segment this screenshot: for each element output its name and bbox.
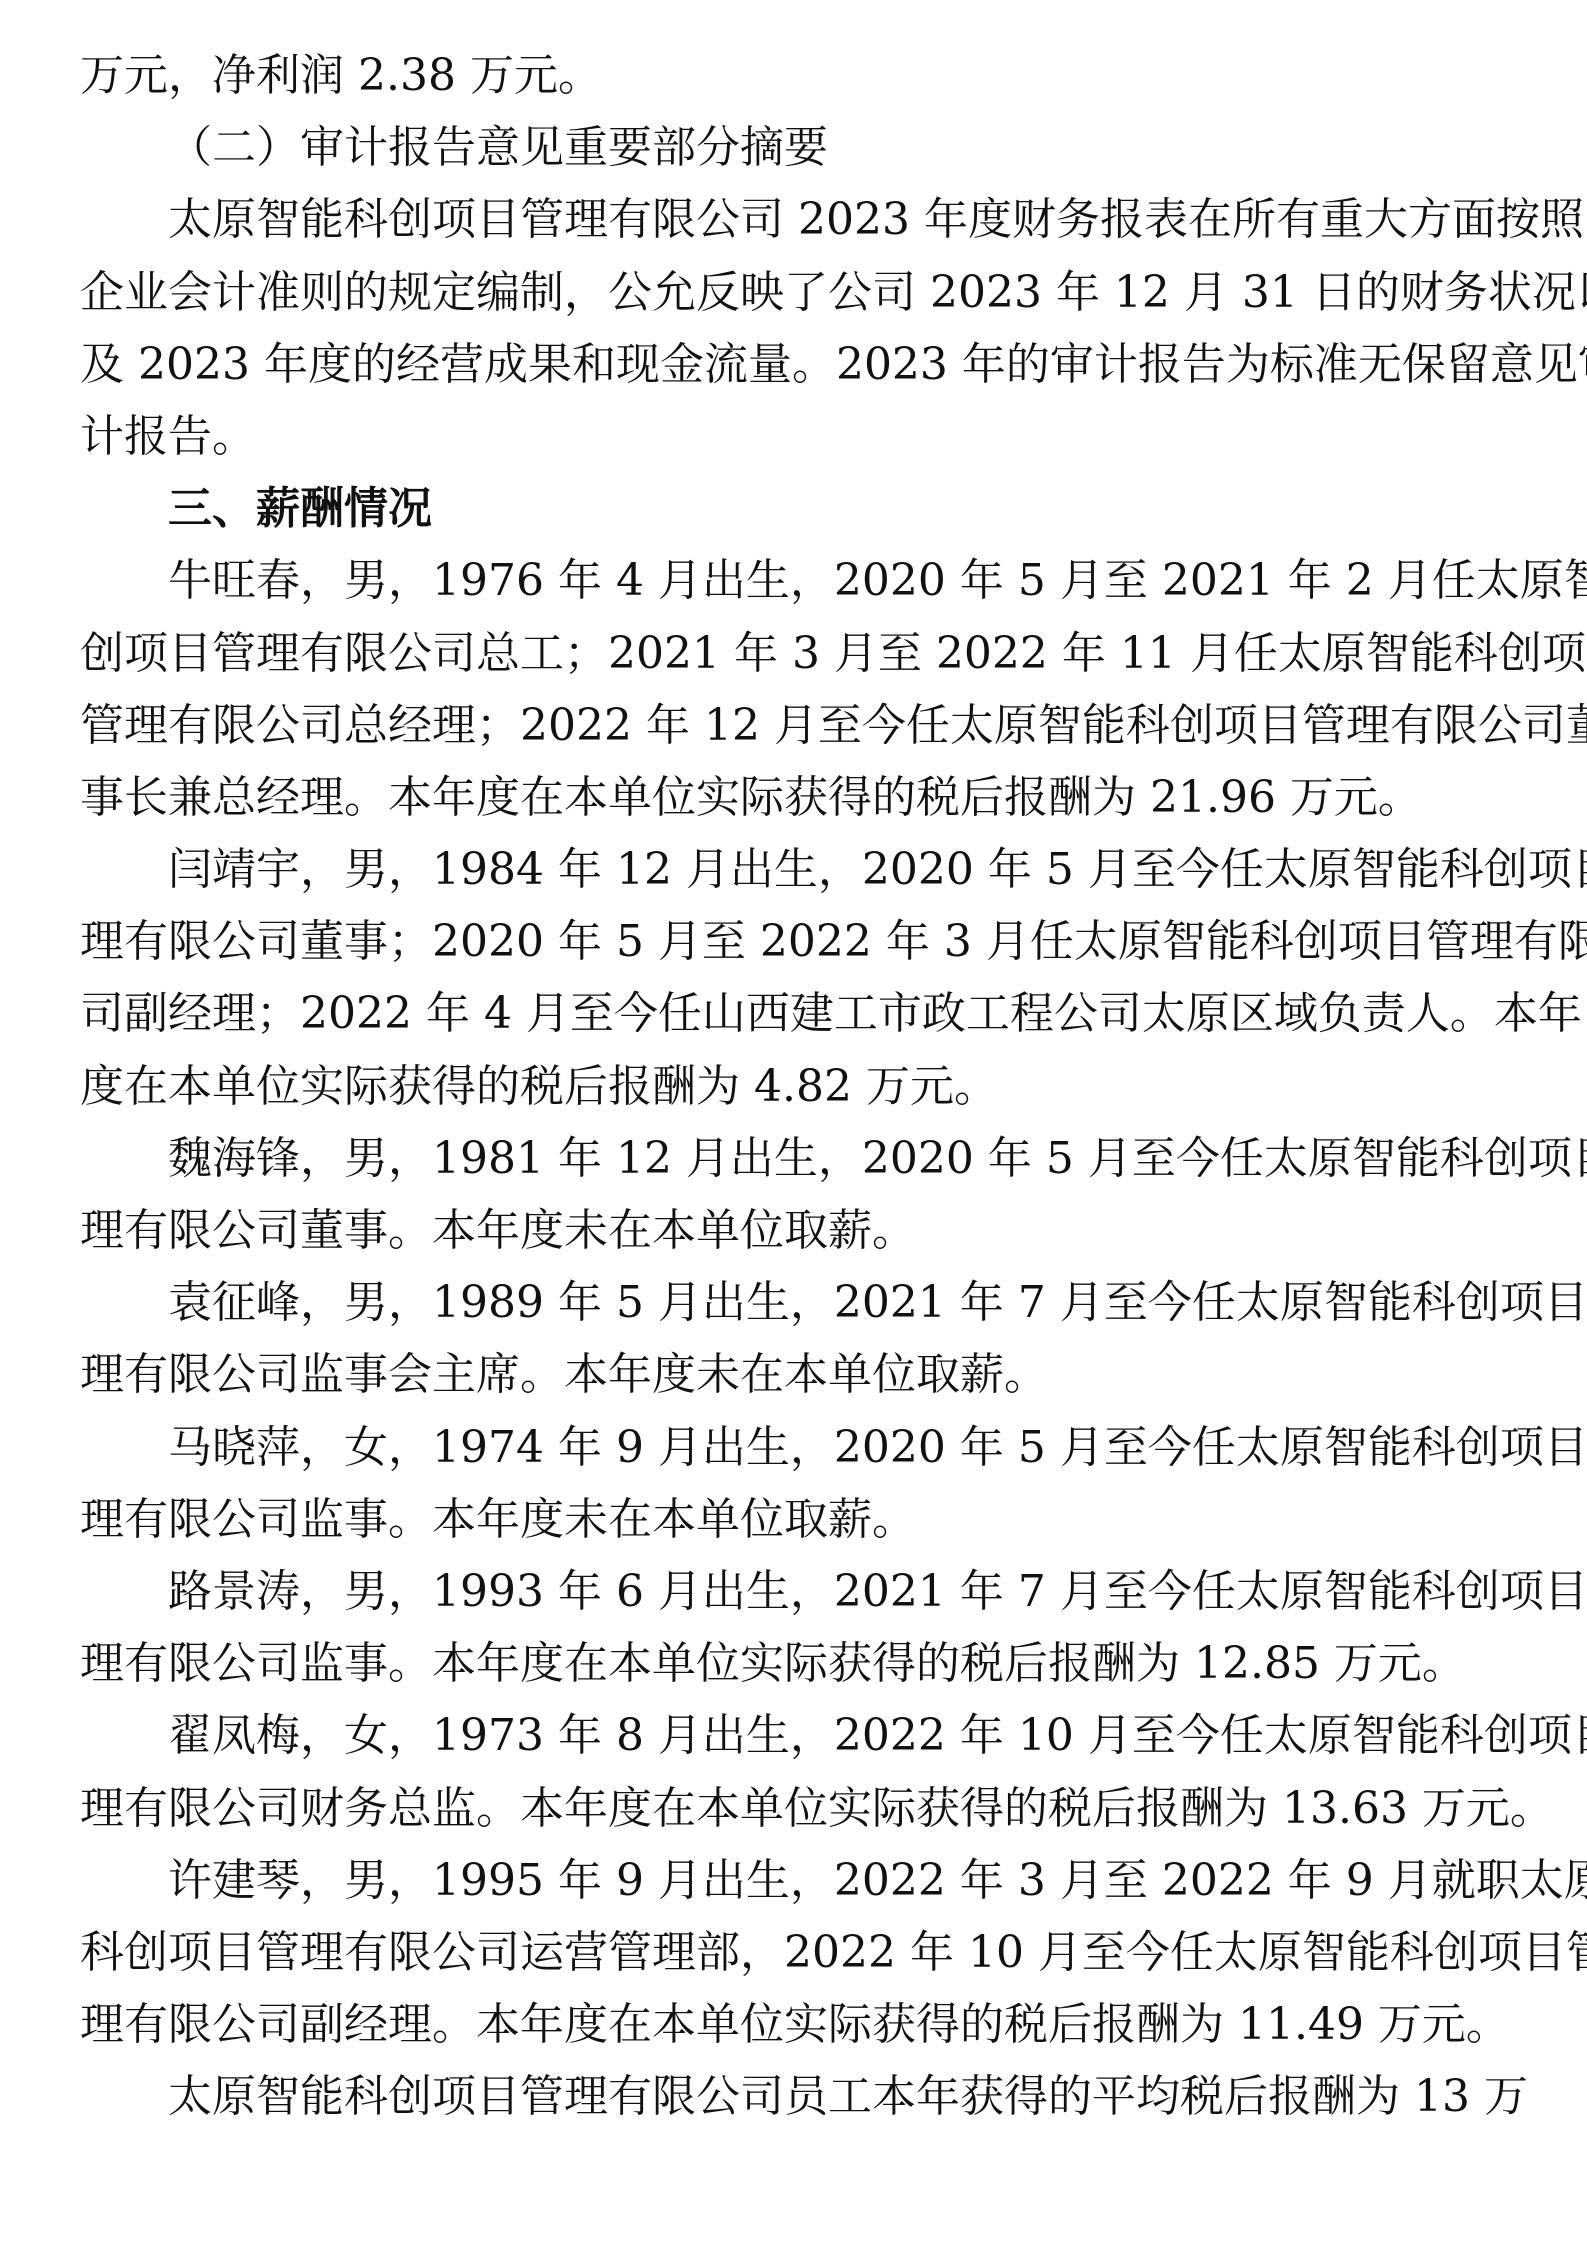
text-line: 万元，净利润 2.38 万元。	[80, 40, 1512, 112]
text-line: 及 2023 年度的经营成果和现金流量。2023 年的审计报告为标准无保留意见审	[80, 329, 1512, 401]
text-line: 司副经理；2022 年 4 月至今任山西建工市政工程公司太原区域负责人。本年	[80, 978, 1512, 1050]
text-line: 科创项目管理有限公司运营管理部，2022 年 10 月至今任太原智能科创项目管	[80, 1917, 1512, 1989]
text-line: 马晓萍，女，1974 年 9 月出生，2020 年 5 月至今任太原智能科创项目…	[80, 1412, 1512, 1484]
text-line: 牛旺春，男，1976 年 4 月出生，2020 年 5 月至 2021 年 2 …	[80, 545, 1512, 617]
text-line: 许建琴，男，1995 年 9 月出生，2022 年 3 月至 2022 年 9 …	[80, 1845, 1512, 1917]
text-line: 计报告。	[80, 401, 1512, 473]
document-page: 万元，净利润 2.38 万元。 （二）审计报告意见重要部分摘要 太原智能科创项目…	[80, 40, 1512, 2133]
text-line: 理有限公司董事。本年度未在本单位取薪。	[80, 1195, 1512, 1267]
text-line: 理有限公司监事。本年度未在本单位取薪。	[80, 1484, 1512, 1556]
text-line: 理有限公司副经理。本年度在本单位实际获得的税后报酬为 11.49 万元。	[80, 1989, 1512, 2061]
text-line: 管理有限公司总经理；2022 年 12 月至今任太原智能科创项目管理有限公司董	[80, 690, 1512, 762]
text-line: 度在本单位实际获得的税后报酬为 4.82 万元。	[80, 1051, 1512, 1123]
text-line: 理有限公司财务总监。本年度在本单位实际获得的税后报酬为 13.63 万元。	[80, 1773, 1512, 1845]
text-line: 路景涛，男，1993 年 6 月出生，2021 年 7 月至今任太原智能科创项目…	[80, 1556, 1512, 1628]
text-line: 事长兼总经理。本年度在本单位实际获得的税后报酬为 21.96 万元。	[80, 762, 1512, 834]
text-line: 理有限公司监事会主席。本年度未在本单位取薪。	[80, 1339, 1512, 1411]
text-line: 闫靖宇，男，1984 年 12 月出生，2020 年 5 月至今任太原智能科创项…	[80, 834, 1512, 906]
text-line: 企业会计准则的规定编制，公允反映了公司 2023 年 12 月 31 日的财务状…	[80, 257, 1512, 329]
text-line: 理有限公司董事；2020 年 5 月至 2022 年 3 月任太原智能科创项目管…	[80, 906, 1512, 978]
section-heading-compensation: 三、薪酬情况	[80, 473, 1512, 545]
text-line: 理有限公司监事。本年度在本单位实际获得的税后报酬为 12.85 万元。	[80, 1628, 1512, 1700]
text-line: 太原智能科创项目管理有限公司员工本年获得的平均税后报酬为 13 万	[80, 2061, 1512, 2133]
text-line: 太原智能科创项目管理有限公司 2023 年度财务报表在所有重大方面按照	[80, 184, 1512, 256]
text-line: 创项目管理有限公司总工；2021 年 3 月至 2022 年 11 月任太原智能…	[80, 618, 1512, 690]
subsection-heading-audit-opinion: （二）审计报告意见重要部分摘要	[80, 112, 1512, 184]
text-line: 魏海锋，男，1981 年 12 月出生，2020 年 5 月至今任太原智能科创项…	[80, 1123, 1512, 1195]
text-line: 袁征峰，男，1989 年 5 月出生，2021 年 7 月至今任太原智能科创项目…	[80, 1267, 1512, 1339]
text-line: 翟凤梅，女，1973 年 8 月出生，2022 年 10 月至今任太原智能科创项…	[80, 1700, 1512, 1772]
